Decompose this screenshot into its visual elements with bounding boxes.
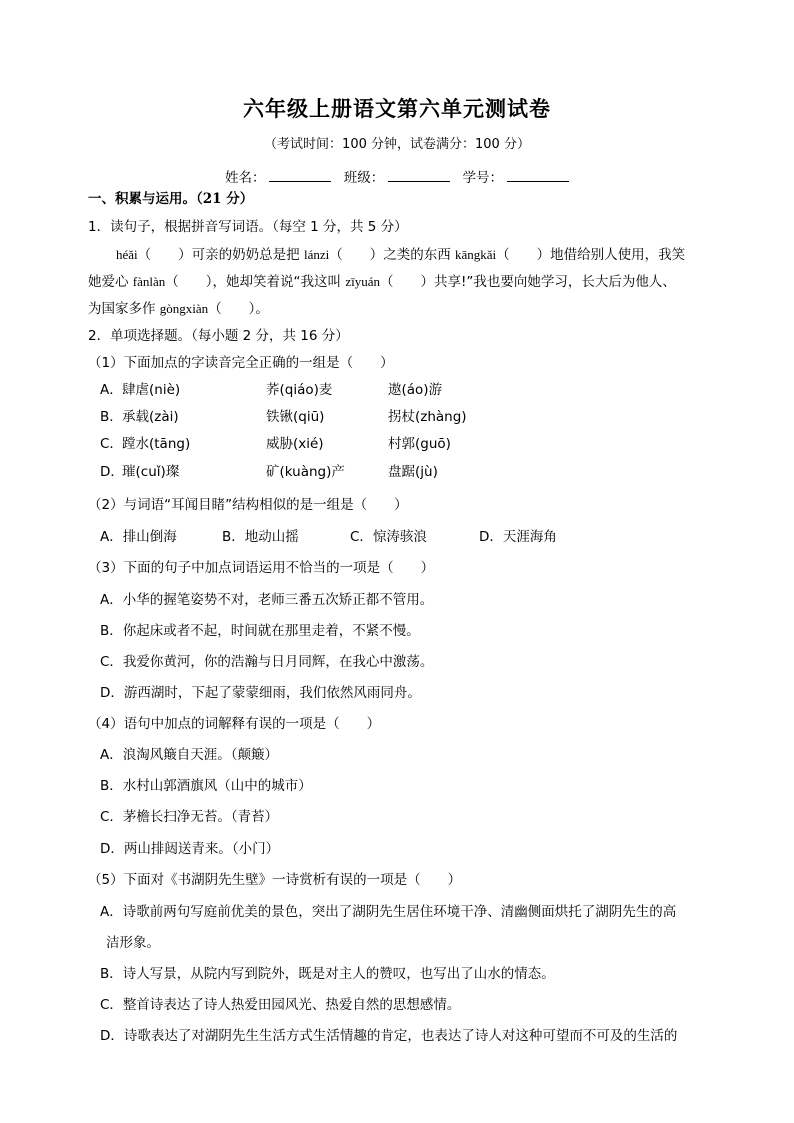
section-heading: 一、积累与运用。（21 分） bbox=[88, 190, 253, 208]
text: 她爱心 bbox=[88, 274, 133, 290]
q2-2-option-b[interactable]: B．地动山摇 bbox=[222, 528, 299, 546]
option-item: 璀(cuǐ)璨 bbox=[122, 463, 179, 481]
q2-4-option-b[interactable]: B．水村山郭酒旗风（山中的城市） bbox=[100, 777, 312, 795]
q2-prompt: 2．单项选择题。（每小题 2 分，共 16 分） bbox=[88, 327, 349, 345]
q2-5-option-b[interactable]: B．诗人写景，从院内写到院外，既是对主人的赞叹，也写出了山水的情态。 bbox=[100, 965, 555, 983]
option-item: 荞(qiáo)麦 bbox=[266, 381, 332, 399]
pinyin: gòngxiàn bbox=[160, 301, 208, 316]
name-blank[interactable] bbox=[269, 169, 331, 182]
option-item: 承载(zài) bbox=[122, 408, 179, 426]
class-label: 班级： bbox=[344, 170, 385, 186]
q1-line-3: 为国家多作 gòngxiàn（ ）。 bbox=[88, 300, 269, 318]
option-label: C． bbox=[100, 435, 123, 453]
exam-subtitle: （考试时间：100 分钟，试卷满分：100 分） bbox=[0, 133, 794, 152]
q2-2-stem: （2）与词语“耳闻目睹”结构相似的是一组是（ ） bbox=[88, 496, 408, 514]
q2-5-stem: （5）下面对《书湖阴先生壁》一诗赏析有误的一项是（ ） bbox=[88, 871, 461, 889]
text: （ ）地借给别人使用，我笑 bbox=[496, 247, 685, 263]
option-item: 盘踞(jù) bbox=[388, 463, 438, 481]
q2-4-option-a[interactable]: A．浪淘风簸自天涯。（颠簸） bbox=[100, 746, 278, 764]
page-title: 六年级上册语文第六单元测试卷 bbox=[0, 93, 794, 123]
student-id-label: 学号： bbox=[463, 170, 504, 186]
name-field: 姓名： bbox=[225, 166, 332, 186]
q2-2-option-d[interactable]: D．天涯海角 bbox=[479, 528, 557, 546]
class-blank[interactable] bbox=[388, 169, 450, 182]
q2-1-option-b[interactable]: B． 承载(zài) 铁锹(qiū) 拐杖(zhàng) bbox=[100, 408, 600, 426]
option-item: 蹚水(tāng) bbox=[122, 435, 190, 453]
q2-4-option-c[interactable]: C．茅檐长扫净无苔。（青苔） bbox=[100, 808, 278, 826]
text: （ ），她却笑着说“我这叫 bbox=[165, 274, 345, 290]
option-item: 村郭(guō) bbox=[388, 435, 451, 453]
student-id-blank[interactable] bbox=[507, 169, 569, 182]
option-item: 遨(áo)游 bbox=[388, 381, 442, 399]
q2-5-option-a[interactable]: A．诗歌前两句写庭前优美的景色，突出了湖阴先生居住环境干净、清幽侧面烘托了湖阴先… bbox=[100, 903, 676, 921]
text: （ ）可亲的奶奶总是把 bbox=[138, 247, 304, 263]
option-item: 肆虐(niè) bbox=[122, 381, 180, 399]
q2-2-options: A．排山倒海 B．地动山摇 C．惊涛骇浪 D．天涯海角 bbox=[100, 528, 600, 546]
q2-1-option-a[interactable]: A． 肆虐(niè) 荞(qiáo)麦 遨(áo)游 bbox=[100, 381, 600, 399]
q2-2-option-c[interactable]: C．惊涛骇浪 bbox=[350, 528, 427, 546]
q1-prompt: 1．读句子，根据拼音写词语。（每空 1 分，共 5 分） bbox=[88, 218, 408, 236]
q2-1-option-d[interactable]: D． 璀(cuǐ)璨 矿(kuàng)产 盘踞(jù) bbox=[100, 463, 600, 481]
q2-4-stem: （4）语句中加点的词解释有误的一项是（ ） bbox=[88, 715, 380, 733]
text: 为国家多作 bbox=[88, 301, 160, 317]
student-id-field: 学号： bbox=[463, 166, 570, 186]
q2-1-option-c[interactable]: C． 蹚水(tāng) 威胁(xié) 村郭(guō) bbox=[100, 435, 600, 453]
q1-line-2: 她爱心 fànlàn（ ），她却笑着说“我这叫 zīyuán（ ）共享!”我也要… bbox=[88, 273, 676, 291]
q2-5-option-d[interactable]: D．诗歌表达了对湖阴先生生活方式生活情趣的肯定，也表达了诗人对这种可望而不可及的… bbox=[100, 1027, 677, 1045]
option-item: 铁锹(qiū) bbox=[266, 408, 324, 426]
q2-1-stem: （1）下面加点的字读音完全正确的一组是（ ） bbox=[88, 354, 394, 372]
text: （ ）共享!”我也要向她学习，长大后为他人、 bbox=[380, 274, 676, 290]
option-item: 矿(kuàng)产 bbox=[266, 463, 345, 481]
option-item: 拐杖(zhàng) bbox=[388, 408, 467, 426]
pinyin: héǎi bbox=[116, 247, 138, 262]
name-label: 姓名： bbox=[225, 170, 266, 186]
option-label: D． bbox=[100, 463, 124, 481]
q2-5-option-a-continued: 洁形象。 bbox=[106, 934, 160, 952]
option-label: A． bbox=[100, 381, 123, 399]
class-field: 班级： bbox=[344, 166, 451, 186]
text: （ ）之类的东西 bbox=[329, 247, 455, 263]
q2-3-stem: （3）下面的句子中加点词语运用不恰当的一项是（ ） bbox=[88, 559, 434, 577]
option-label: B． bbox=[100, 408, 123, 426]
student-info-line: 姓名： 班级： 学号： bbox=[0, 166, 794, 186]
option-item: 威胁(xié) bbox=[266, 435, 324, 453]
q2-4-option-d[interactable]: D．两山排闼送青来。（小门） bbox=[100, 840, 279, 858]
pinyin: fànlàn bbox=[133, 274, 165, 289]
q2-3-option-a[interactable]: A．小华的握笔姿势不对，老师三番五次矫正都不管用。 bbox=[100, 591, 433, 609]
pinyin: kāngkǎi bbox=[455, 247, 496, 262]
q2-3-option-c[interactable]: C．我爱你黄河，你的浩瀚与日月同辉，在我心中激荡。 bbox=[100, 653, 433, 671]
q1-line-1: héǎi（ ）可亲的奶奶总是把 lánzi（ ）之类的东西 kāngkǎi（ ）… bbox=[116, 246, 685, 264]
text: （ ）。 bbox=[208, 301, 269, 317]
exam-page: 六年级上册语文第六单元测试卷 （考试时间：100 分钟，试卷满分：100 分） … bbox=[0, 0, 794, 1123]
q2-3-option-d[interactable]: D．游西湖时，下起了蒙蒙细雨，我们依然风雨同舟。 bbox=[100, 684, 421, 702]
pinyin: lánzi bbox=[304, 247, 329, 262]
q2-5-option-c[interactable]: C．整首诗表达了诗人热爱田园风光、热爱自然的思想感情。 bbox=[100, 996, 460, 1014]
q2-3-option-b[interactable]: B．你起床或者不起，时间就在那里走着，不紧不慢。 bbox=[100, 622, 420, 640]
q2-2-option-a[interactable]: A．排山倒海 bbox=[100, 528, 177, 546]
pinyin: zīyuán bbox=[345, 274, 380, 289]
